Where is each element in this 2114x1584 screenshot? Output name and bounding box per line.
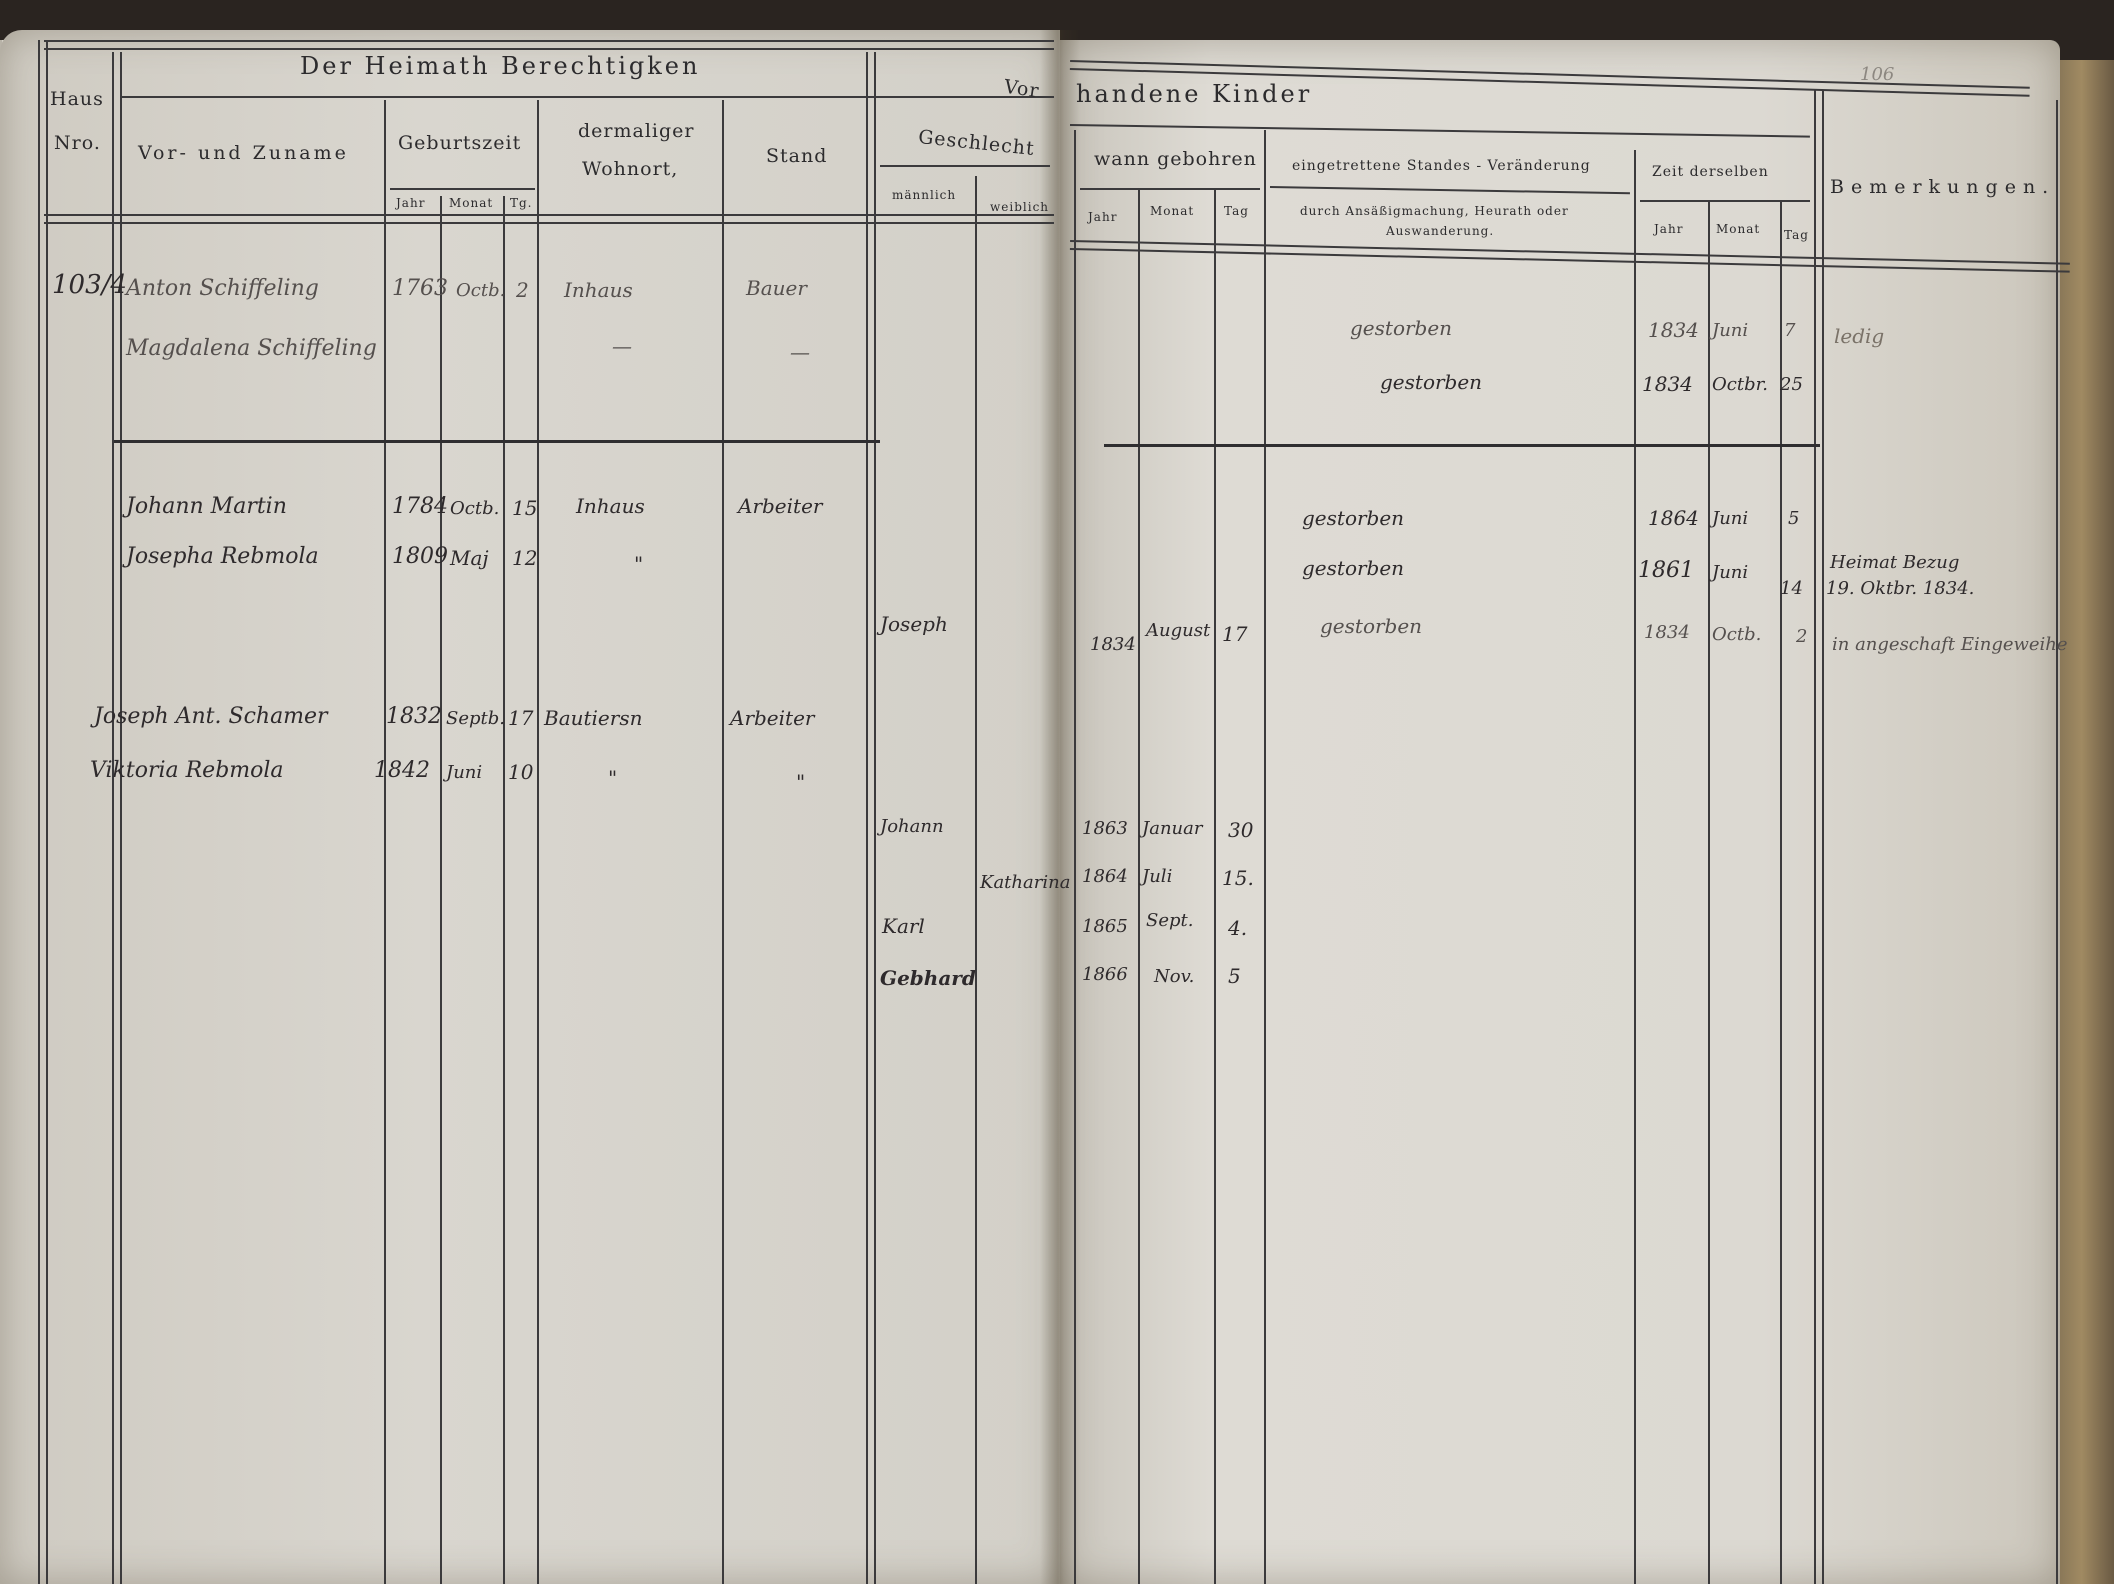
date-year-header: Jahr — [1654, 222, 1683, 236]
residence: — — [612, 334, 632, 358]
change-month: Juni — [1712, 562, 1748, 583]
status-change: gestorben — [1320, 614, 1422, 638]
top-rule — [44, 40, 1054, 50]
left-border — [38, 40, 48, 1584]
change-year: 1834 — [1648, 318, 1699, 342]
stand: Bauer — [746, 276, 807, 300]
right-page — [1060, 40, 2060, 1584]
birth-month: Septb. — [446, 708, 505, 729]
page-number: 106 — [1860, 64, 1894, 85]
stand: Arbeiter — [730, 706, 814, 730]
birth-day: 10 — [508, 760, 533, 784]
status-change: gestorben — [1380, 370, 1482, 394]
nro-label: Nro. — [54, 132, 101, 154]
person-name: Johann Martin — [126, 494, 287, 519]
child-birth-day: 17 — [1222, 622, 1247, 646]
entry-separator — [114, 440, 880, 443]
child-name: Karl — [882, 914, 925, 938]
child-birth-day: 30 — [1228, 818, 1253, 842]
title-vor: Vor — [1003, 76, 1041, 103]
col-rule-born-year — [1074, 130, 1076, 1584]
book-spread: Der Heimath Berechtigken Haus Nro. Vor- … — [0, 0, 2114, 1584]
status-change: gestorben — [1302, 506, 1404, 530]
birth-year: 1842 — [374, 758, 430, 783]
child-birth-month: Januar — [1142, 818, 1202, 839]
person-name: Viktoria Rebmola — [90, 758, 284, 783]
remarks-column-header: Bemerkungen. — [1830, 176, 2055, 198]
birth-day-header: Tg. — [510, 196, 533, 210]
right-border — [2056, 100, 2058, 1584]
child-birth-year: 1865 — [1082, 916, 1128, 937]
children-title: handene Kinder — [1076, 80, 1312, 108]
change-header-line3: Auswanderung. — [1386, 224, 1494, 238]
haus-number: 103/4 — [52, 270, 127, 300]
birth-year: 1832 — [386, 704, 442, 729]
child-birth-year: 1866 — [1082, 964, 1128, 985]
col-rule-name — [384, 100, 386, 1584]
status-change: gestorben — [1302, 556, 1404, 580]
male-header: männlich — [892, 188, 956, 202]
child-birth-day: 5 — [1228, 964, 1241, 988]
birth-month: Juni — [446, 762, 482, 783]
date-month-header: Monat — [1716, 222, 1760, 236]
date-column-header: Zeit derselben — [1652, 164, 1769, 180]
col-rule-remarks — [1814, 90, 1824, 1584]
haus-label: Haus — [50, 88, 104, 110]
birth-month: Octb. — [456, 280, 505, 301]
book-edge — [2060, 60, 2114, 1584]
col-rule-date-day — [1780, 200, 1782, 1584]
col-rule-born-day — [1214, 190, 1216, 1584]
female-header: weiblich — [990, 200, 1049, 214]
born-column-header: wann gebohren — [1094, 148, 1257, 170]
change-year: 1864 — [1648, 506, 1699, 530]
child-name: Katharina — [980, 872, 1070, 893]
col-rule-month — [503, 196, 505, 1584]
birth-year-header: Jahr — [396, 196, 425, 210]
date-day-header: Tag — [1784, 228, 1809, 242]
change-month: Juni — [1712, 320, 1748, 341]
residence: Inhaus — [576, 494, 645, 518]
col-rule-day — [537, 100, 539, 1584]
birth-year: 1809 — [392, 544, 448, 569]
child-birth-month: August — [1146, 620, 1210, 641]
residence-header-line2: Wohnort, — [582, 158, 678, 180]
change-year: 1861 — [1638, 558, 1694, 583]
change-month: Juni — [1712, 508, 1748, 529]
status-change: gestorben — [1350, 316, 1452, 340]
person-name: Joseph Ant. Schamer — [94, 704, 328, 729]
residence: " — [634, 552, 643, 576]
stand: — — [790, 340, 810, 364]
child-birth-month: Juli — [1142, 866, 1172, 887]
remark: 19. Oktbr. 1834. — [1826, 578, 1974, 599]
register-title: Der Heimath Berechtigken — [300, 52, 700, 80]
person-name: Anton Schiffeling — [126, 276, 319, 301]
change-day: 2 — [1796, 626, 1807, 647]
header-bottom-rule — [44, 214, 1054, 224]
header-rule — [120, 96, 1054, 98]
change-month: Octbr. — [1712, 374, 1768, 395]
person-name: Josepha Rebmola — [126, 544, 319, 569]
birth-year: 1784 — [392, 494, 448, 519]
col-rule-stand — [866, 52, 876, 1584]
left-page — [0, 30, 1060, 1584]
child-birth-year: 1864 — [1082, 866, 1128, 887]
child-birth-day: 15. — [1222, 866, 1254, 890]
stand: " — [796, 770, 805, 794]
birth-day: 15 — [512, 496, 537, 520]
birth-month-header: Monat — [449, 196, 493, 210]
birth-month: Maj — [450, 546, 489, 570]
born-sub-rule — [1080, 188, 1260, 190]
change-day: 7 — [1784, 320, 1795, 341]
entry-separator-right — [1104, 444, 1820, 447]
col-rule-date-month — [1708, 200, 1710, 1584]
born-month-header: Monat — [1150, 204, 1194, 218]
col-rule-date-year — [1634, 150, 1636, 1584]
stand-column-header: Stand — [766, 145, 827, 167]
change-month: Octb. — [1712, 624, 1761, 645]
change-year: 1834 — [1642, 372, 1693, 396]
child-name: Gebhard — [880, 966, 976, 990]
sex-sub-rule — [880, 165, 1050, 167]
child-birth-day: 4. — [1228, 916, 1247, 940]
child-birth-year: 1834 — [1090, 634, 1136, 655]
child-name: Johann — [880, 816, 944, 837]
child-birth-month: Nov. — [1154, 966, 1194, 987]
stand: Arbeiter — [738, 494, 822, 518]
birth-day: 17 — [508, 706, 533, 730]
child-name: Joseph — [880, 612, 948, 636]
col-rule-sex — [975, 176, 977, 1584]
child-birth-year: 1863 — [1082, 818, 1128, 839]
birth-sub-rule — [390, 188, 535, 190]
residence: Inhaus — [564, 278, 633, 302]
col-rule-change — [1264, 130, 1266, 1584]
birth-day: 2 — [516, 278, 529, 302]
change-day: 5 — [1788, 508, 1799, 529]
col-rule-residence — [722, 100, 724, 1584]
remark: Heimat Bezug — [1830, 552, 1959, 573]
birth-year: 1763 — [392, 276, 448, 301]
change-header-line1: eingetrettene Standes - Veränderung — [1292, 158, 1591, 174]
remark: in angeschaft Eingeweihe — [1832, 634, 2068, 655]
residence-header-line1: dermaliger — [578, 120, 694, 142]
date-sub-rule — [1640, 200, 1810, 202]
born-year-header: Jahr — [1088, 210, 1117, 224]
birth-column-header: Geburtszeit — [398, 132, 521, 154]
birth-month: Octb. — [450, 498, 499, 519]
person-name: Magdalena Schiffeling — [126, 336, 377, 361]
col-rule-born-month — [1138, 190, 1140, 1584]
birth-day: 12 — [512, 546, 537, 570]
name-column-header: Vor- und Zuname — [138, 142, 349, 164]
change-day: 25 — [1780, 374, 1803, 395]
col-rule-year — [440, 196, 442, 1584]
child-birth-month: Sept. — [1146, 910, 1193, 931]
change-year: 1834 — [1644, 622, 1690, 643]
residence: Bautiersn — [544, 706, 642, 730]
change-header-line2: durch Ansäßigmachung, Heurath oder — [1300, 204, 1569, 218]
change-day: 14 — [1780, 578, 1803, 599]
born-day-header: Tag — [1224, 204, 1249, 218]
remark: ledig — [1834, 324, 1884, 348]
residence: " — [608, 766, 617, 790]
